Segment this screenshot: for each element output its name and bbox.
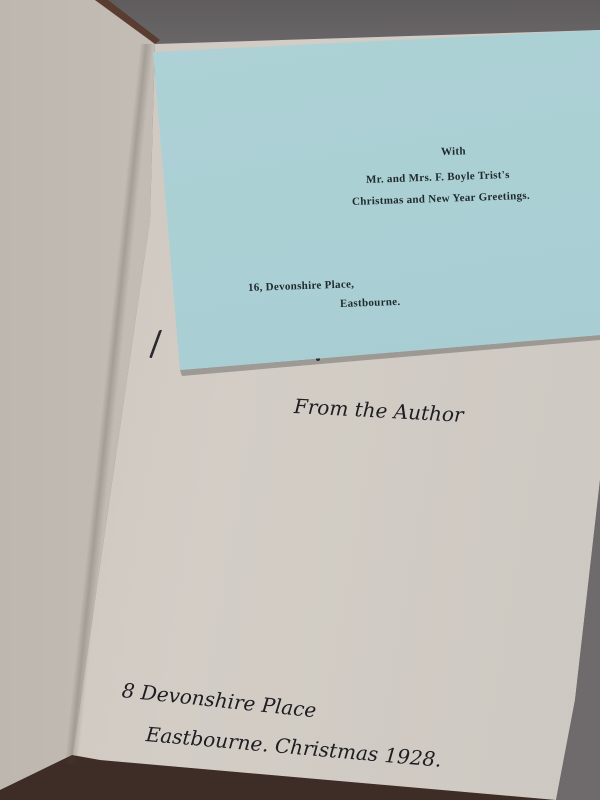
card-address-town: Eastbourne. bbox=[340, 296, 401, 310]
card-line-with: With bbox=[441, 145, 466, 158]
